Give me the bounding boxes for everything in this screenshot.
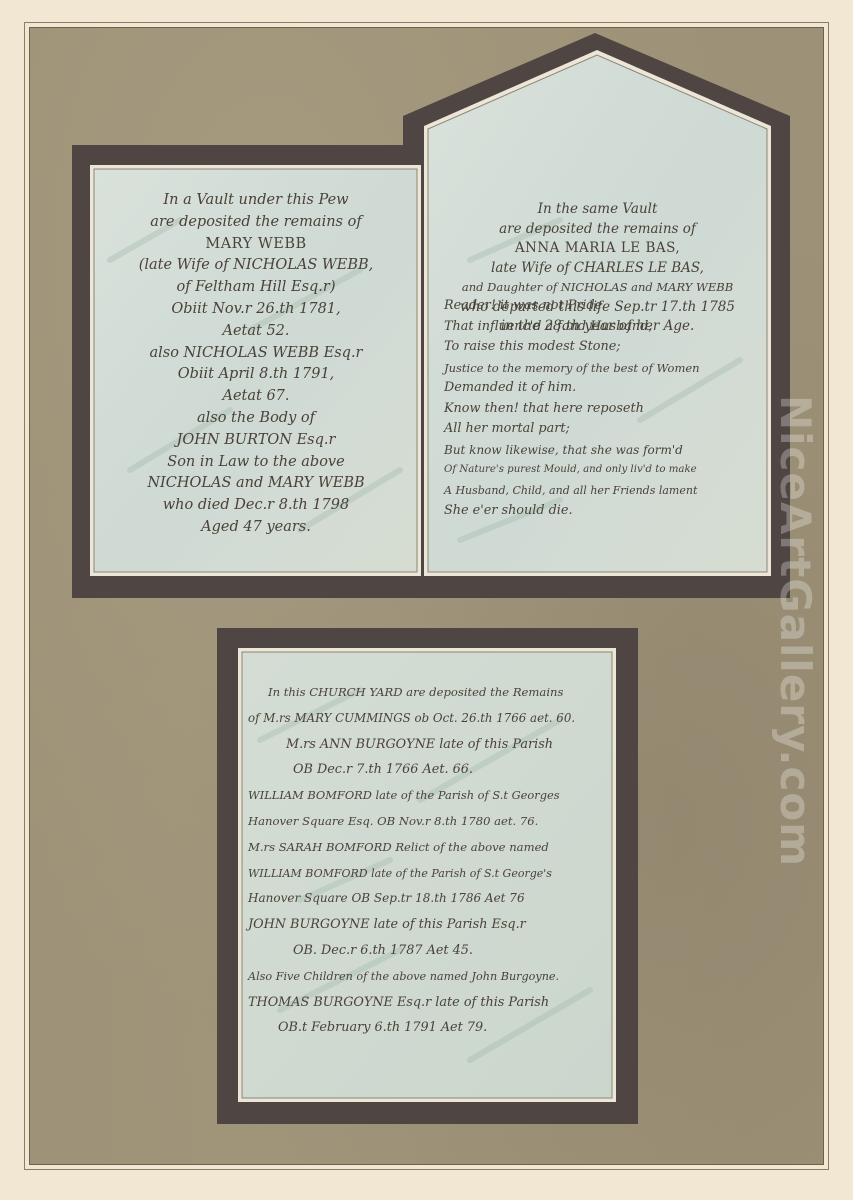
verse-line: Know then! that here reposeth <box>444 399 769 420</box>
inscription-line: Obiit Nov.r 26.th 1781, <box>96 299 416 321</box>
inscription-line: Aetat 67. <box>96 386 416 408</box>
inscription-line: Son in Law to the above <box>96 452 416 474</box>
verse-line: She e'er should die. <box>444 501 769 522</box>
inscription-line: Aetat 52. <box>96 321 416 343</box>
verse-line: To raise this modest Stone; <box>444 337 769 358</box>
inscription-line: MARY WEBB <box>96 234 416 256</box>
watermark-text: NiceArtGallery.com <box>760 395 820 815</box>
inscription-line: M.rs ANN BURGOYNE late of this Parish <box>248 732 613 758</box>
verse-line: All her mortal part; <box>444 419 769 440</box>
inscription-line: and Daughter of NICHOLAS and MARY WEBB <box>430 278 765 298</box>
inscription-line: ANNA MARIA LE BAS, <box>430 239 765 259</box>
inscription-line: of Feltham Hill Esq.r) <box>96 277 416 299</box>
inscription-line: also NICHOLAS WEBB Esq.r <box>96 343 416 365</box>
verse-line: A Husband, Child, and all her Friends la… <box>444 481 769 502</box>
left-tablet-inscription: In a Vault under this Pew are deposited … <box>96 190 416 539</box>
inscription-line: are deposited the remains of <box>430 220 765 240</box>
inscription-line: are deposited the remains of <box>96 212 416 234</box>
verse-line: That influenc'd a fond Husband, <box>444 317 769 338</box>
bottom-tablet-inscription: In this CHURCH YARD are deposited the Re… <box>248 680 613 1041</box>
inscription-line: Aged 47 years. <box>96 517 416 539</box>
inscription-line: also the Body of <box>96 408 416 430</box>
verse-line: Justice to the memory of the best of Wom… <box>444 358 769 379</box>
inscription-line: In this CHURCH YARD are deposited the Re… <box>248 680 613 706</box>
inscription-line: THOMAS BURGOYNE Esq.r late of this Paris… <box>248 990 613 1016</box>
inscription-line: Obiit April 8.th 1791, <box>96 364 416 386</box>
inscription-line: OB. Dec.r 6.th 1787 Aet 45. <box>248 938 613 964</box>
verse-line: Reader! it was not Pride <box>444 296 769 317</box>
inscription-line: OB.t February 6.th 1791 Aet 79. <box>248 1015 613 1041</box>
verse-line: But know likewise, that she was form'd <box>444 440 769 461</box>
inscription-line: (late Wife of NICHOLAS WEBB, <box>96 255 416 277</box>
verse-line: Of Nature's purest Mould, and only liv'd… <box>444 460 769 481</box>
inscription-line: Also Five Children of the above named Jo… <box>248 964 613 990</box>
inscription-line: JOHN BURGOYNE late of this Parish Esq.r <box>248 912 613 938</box>
inscription-line: Hanover Square Esq. OB Nov.r 8.th 1780 a… <box>248 809 613 835</box>
inscription-line: who died Dec.r 8.th 1798 <box>96 495 416 517</box>
verse-line: Demanded it of him. <box>444 378 769 399</box>
inscription-line: NICHOLAS and MARY WEBB <box>96 473 416 495</box>
inscription-line: In a Vault under this Pew <box>96 190 416 212</box>
inscription-line: late Wife of CHARLES LE BAS, <box>430 259 765 279</box>
right-tablet-verse: Reader! it was not Pride That influenc'd… <box>444 296 769 522</box>
inscription-line: OB Dec.r 7.th 1766 Aet. 66. <box>248 757 613 783</box>
inscription-line: WILLIAM BOMFORD late of the Parish of S.… <box>248 861 613 887</box>
inscription-line: JOHN BURTON Esq.r <box>96 430 416 452</box>
inscription-line: of M.rs MARY CUMMINGS ob Oct. 26.th 1766… <box>248 706 613 732</box>
inscription-line: M.rs SARAH BOMFORD Relict of the above n… <box>248 835 613 861</box>
inscription-line: Hanover Square OB Sep.tr 18.th 1786 Aet … <box>248 886 613 912</box>
inscription-line: WILLIAM BOMFORD late of the Parish of S.… <box>248 783 613 809</box>
inscription-line: In the same Vault <box>430 200 765 220</box>
